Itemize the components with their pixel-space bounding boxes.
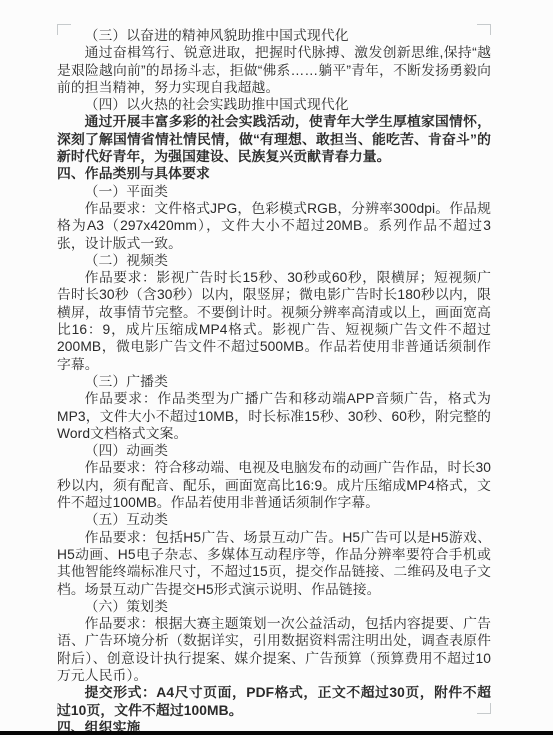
paragraph: 作品要求：符合移动端、电视及电脑发布的动画广告作品，时长30秒以内，须有配音、配… [57,459,491,511]
document-text: （三）以奋进的精神风貌助推中国式现代化通过奋楫笃行、锐意进取，把握时代脉搏、激发… [57,27,491,736]
paragraph: 作品要求：影视广告时长15秒、30秒或60秒，限横屏；短视频广告时长30秒（含3… [57,269,491,373]
paragraph: （四）以火热的社会实践助推中国式现代化 [57,96,491,113]
paragraph: （一）平面类 [57,183,491,200]
paragraph: （三）以奋进的精神风貌助推中国式现代化 [57,27,491,44]
paragraph: （三）广播类 [57,373,491,390]
paragraph: 四、作品类别与具体要求 [57,165,491,182]
paragraph: （二）视频类 [57,252,491,269]
paragraph: 通过开展丰富多彩的社会实践活动，使青年大学生厚植家国情怀，深刻了解国情省情社情民… [57,113,491,165]
paragraph: 作品要求：包括H5广告、场景互动广告。H5广告可以是H5游戏、H5动画、H5电子… [57,529,491,598]
paragraph: （四）动画类 [57,442,491,459]
paragraph: 作品要求：文件格式JPG，色彩模式RGB，分辨率300dpi。作品规格为A3（2… [57,200,491,252]
document-page: （三）以奋进的精神风貌助推中国式现代化通过奋楫笃行、锐意进取，把握时代脉搏、激发… [0,0,553,738]
paragraph: （六）策划类 [57,598,491,615]
paragraph: （五）互动类 [57,511,491,528]
paragraph: 通过奋楫笃行、锐意进取，把握时代脉搏、激发创新思维,保持“越是艰险越向前”的昂扬… [57,44,491,96]
paragraph: 作品要求：根据大赛主题策划一次公益活动，包括内容提要、广告语、广告环境分析（数据… [57,615,491,684]
paragraph: 提交形式：A4尺寸页面，PDF格式，正文不超过30页，附件不超过10页，文件不超… [57,684,491,719]
paragraph: 作品要求：作品类型为广播广告和移动端APP音频广告，格式为MP3，文件大小不超过… [57,390,491,442]
page-bottom-bar [0,731,553,735]
